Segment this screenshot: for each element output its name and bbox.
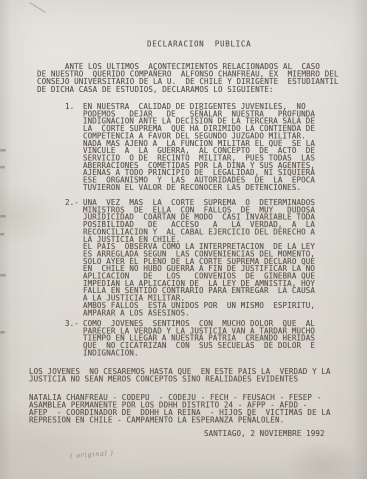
scan-smudge <box>0 274 6 277</box>
list-item-3-marker: 3.- <box>65 320 79 327</box>
intro-paragraph: ANTE LOS ULTIMOS ACONTECIMIENTOS RELACIO… <box>37 63 339 93</box>
list-item-2-marker: 2.- <box>65 199 79 206</box>
closing-paragraph: LOS JOVENES NO CESAREMOS HASTA QUE EN ES… <box>29 368 331 383</box>
list-item-1-marker: 1. <box>65 103 74 110</box>
scan-smudge <box>0 233 5 236</box>
scan-smudge <box>0 331 5 334</box>
list-item-1-text: EN NUESTRA CALIDAD DE DIRIGENTES JUVENIL… <box>83 103 315 191</box>
handwritten-note: ( original ) <box>70 449 114 460</box>
document-page: DECLARACION PUBLICA ANTE LOS ULTIMOS ACO… <box>0 0 367 479</box>
document-title: DECLARACION PUBLICA <box>147 40 251 48</box>
list-item-2-text: UNA VEZ MAS LA CORTE SUPREMA O DETERMINA… <box>83 199 315 317</box>
signatories-block: NATALIA CHANFREAU - CODEPU - CODEJU - FE… <box>29 394 331 424</box>
scan-smudge <box>0 166 5 169</box>
scan-smudge <box>0 149 6 152</box>
scan-smudge <box>0 215 6 218</box>
scanned-document-viewport: DECLARACION PUBLICA ANTE LOS ULTIMOS ACO… <box>0 0 367 479</box>
dateline: SANTIAGO, 2 NOVIEMBRE 1992 <box>204 430 325 438</box>
list-item-3-text: COMO JOVENES SENTIMOS CON MUCHO DOLOR QU… <box>83 320 315 357</box>
pencil-scan-artifact <box>29 2 46 13</box>
